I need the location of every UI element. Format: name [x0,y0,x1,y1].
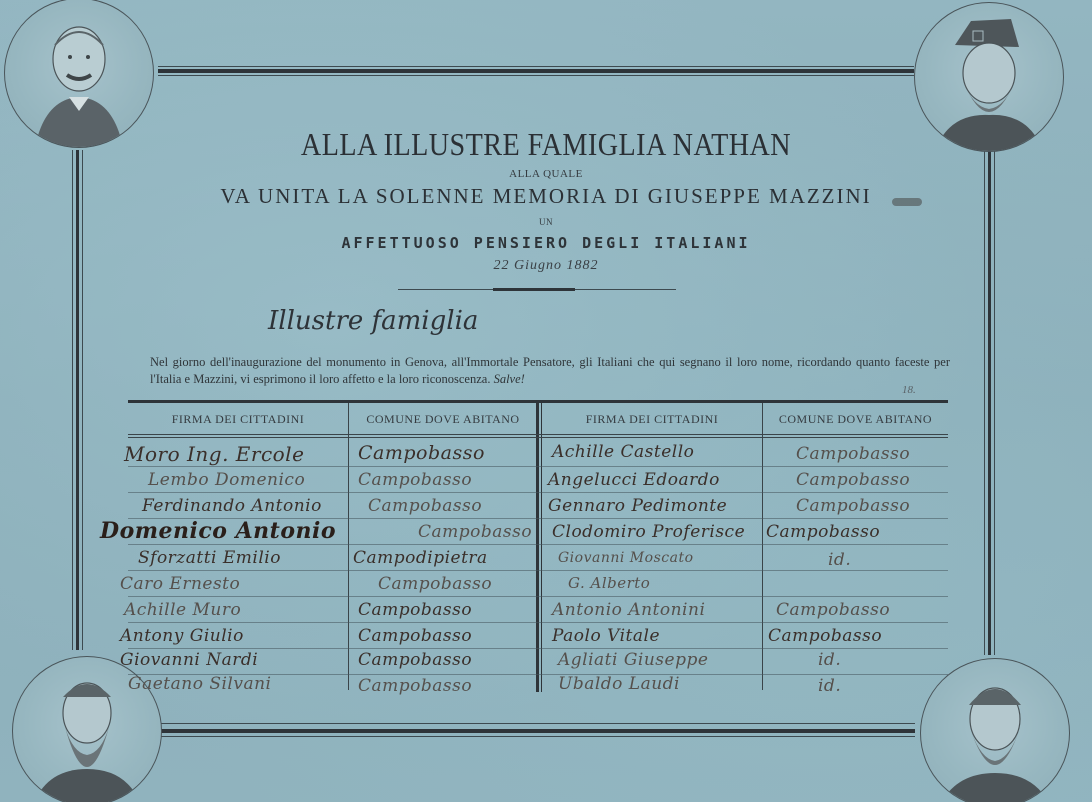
heading-mazzini-memory: VA UNITA LA SOLENNE MEMORIA DI GIUSEPPE … [0,184,1092,209]
town-right-7: Campobasso [776,600,890,620]
town-right-5: id. [828,550,851,570]
signature-left-5: Sforzatti Emilio [138,548,281,568]
signature-left-10: Gaetano Silvani [128,674,271,694]
header-comune-left: COMUNE DOVE ABITANO [349,412,537,427]
town-right-4: Campobasso [766,522,880,542]
signature-right-10: Ubaldo Laudi [558,674,680,694]
signature-left-7: Achille Muro [124,600,241,620]
town-right-9: id. [818,650,841,670]
heading-affettuoso-pensiero: AFFETTUOSO PENSIERO DEGLI ITALIANI [0,234,1092,252]
signature-left-1: Moro Ing. Ercole [124,442,304,466]
town-right-3: Campobasso [796,496,910,516]
signature-right-3: Gennaro Pedimonte [548,496,727,516]
town-right-8: Campobasso [768,626,882,646]
signature-left-8: Antony Giulio [120,626,244,646]
signature-right-6: G. Alberto [568,574,650,592]
dedication-closing: Salve! [494,372,525,386]
town-left-8: Campobasso [358,626,472,646]
town-right-2: Campobasso [796,470,910,490]
town-left-9: Campobasso [358,650,472,670]
signature-left-4: Domenico Antonio [100,518,336,544]
header-comune-right: COMUNE DOVE ABITANO [763,412,948,427]
salutation: Illustre famiglia [268,306,478,336]
town-left-2: Campobasso [358,470,472,490]
town-right-10: id. [818,676,841,696]
town-left-5: Campodipietra [353,548,488,568]
signature-right-1: Achille Castello [552,442,694,462]
signature-right-5: Giovanni Moscato [558,550,694,566]
signature-left-2: Lembo Domenico [148,470,305,490]
town-left-1: Campobasso [358,442,485,464]
town-left-10: Campobasso [358,676,472,696]
margin-note: 18. [902,384,916,396]
town-right-1: Campobasso [796,444,910,464]
signature-right-2: Angelucci Edoardo [548,470,720,490]
heading-un: UN [0,217,1092,227]
heading-alla-quale: ALLA QUALE [0,168,1092,180]
date-divider [398,288,676,292]
signature-left-9: Giovanni Nardi [120,650,258,670]
top-border-rule [158,66,914,76]
signature-left-6: Caro Ernesto [120,574,240,594]
signature-right-8: Paolo Vitale [552,626,660,646]
town-left-3: Campobasso [368,496,482,516]
signature-right-7: Antonio Antonini [552,600,705,620]
dedication-paragraph: Nel giorno dell'inaugurazione del monume… [150,354,950,388]
town-left-4: Campobasso [418,522,532,542]
signature-left-3: Ferdinando Antonio [142,496,322,516]
document-title: ALLA ILLUSTRE FAMIGLIA NATHAN [66,126,1027,163]
document-date: 22 Giugno 1882 [0,258,1092,274]
signature-right-9: Agliati Giuseppe [558,650,708,670]
signature-right-4: Clodomiro Proferisce [552,522,745,542]
signature-table: FIRMA DEI CITTADINI COMUNE DOVE ABITANO … [128,400,948,690]
header-firma-right: FIRMA DEI CITTADINI [542,412,762,427]
town-left-7: Campobasso [358,600,472,620]
town-left-6: Campobasso [378,574,492,594]
portrait-engraving-icon [5,0,153,147]
ink-stain [892,198,922,206]
bottom-border-rule [155,723,915,737]
dedication-text: Nel giorno dell'inaugurazione del monume… [150,355,950,386]
header-firma-left: FIRMA DEI CITTADINI [128,412,348,427]
